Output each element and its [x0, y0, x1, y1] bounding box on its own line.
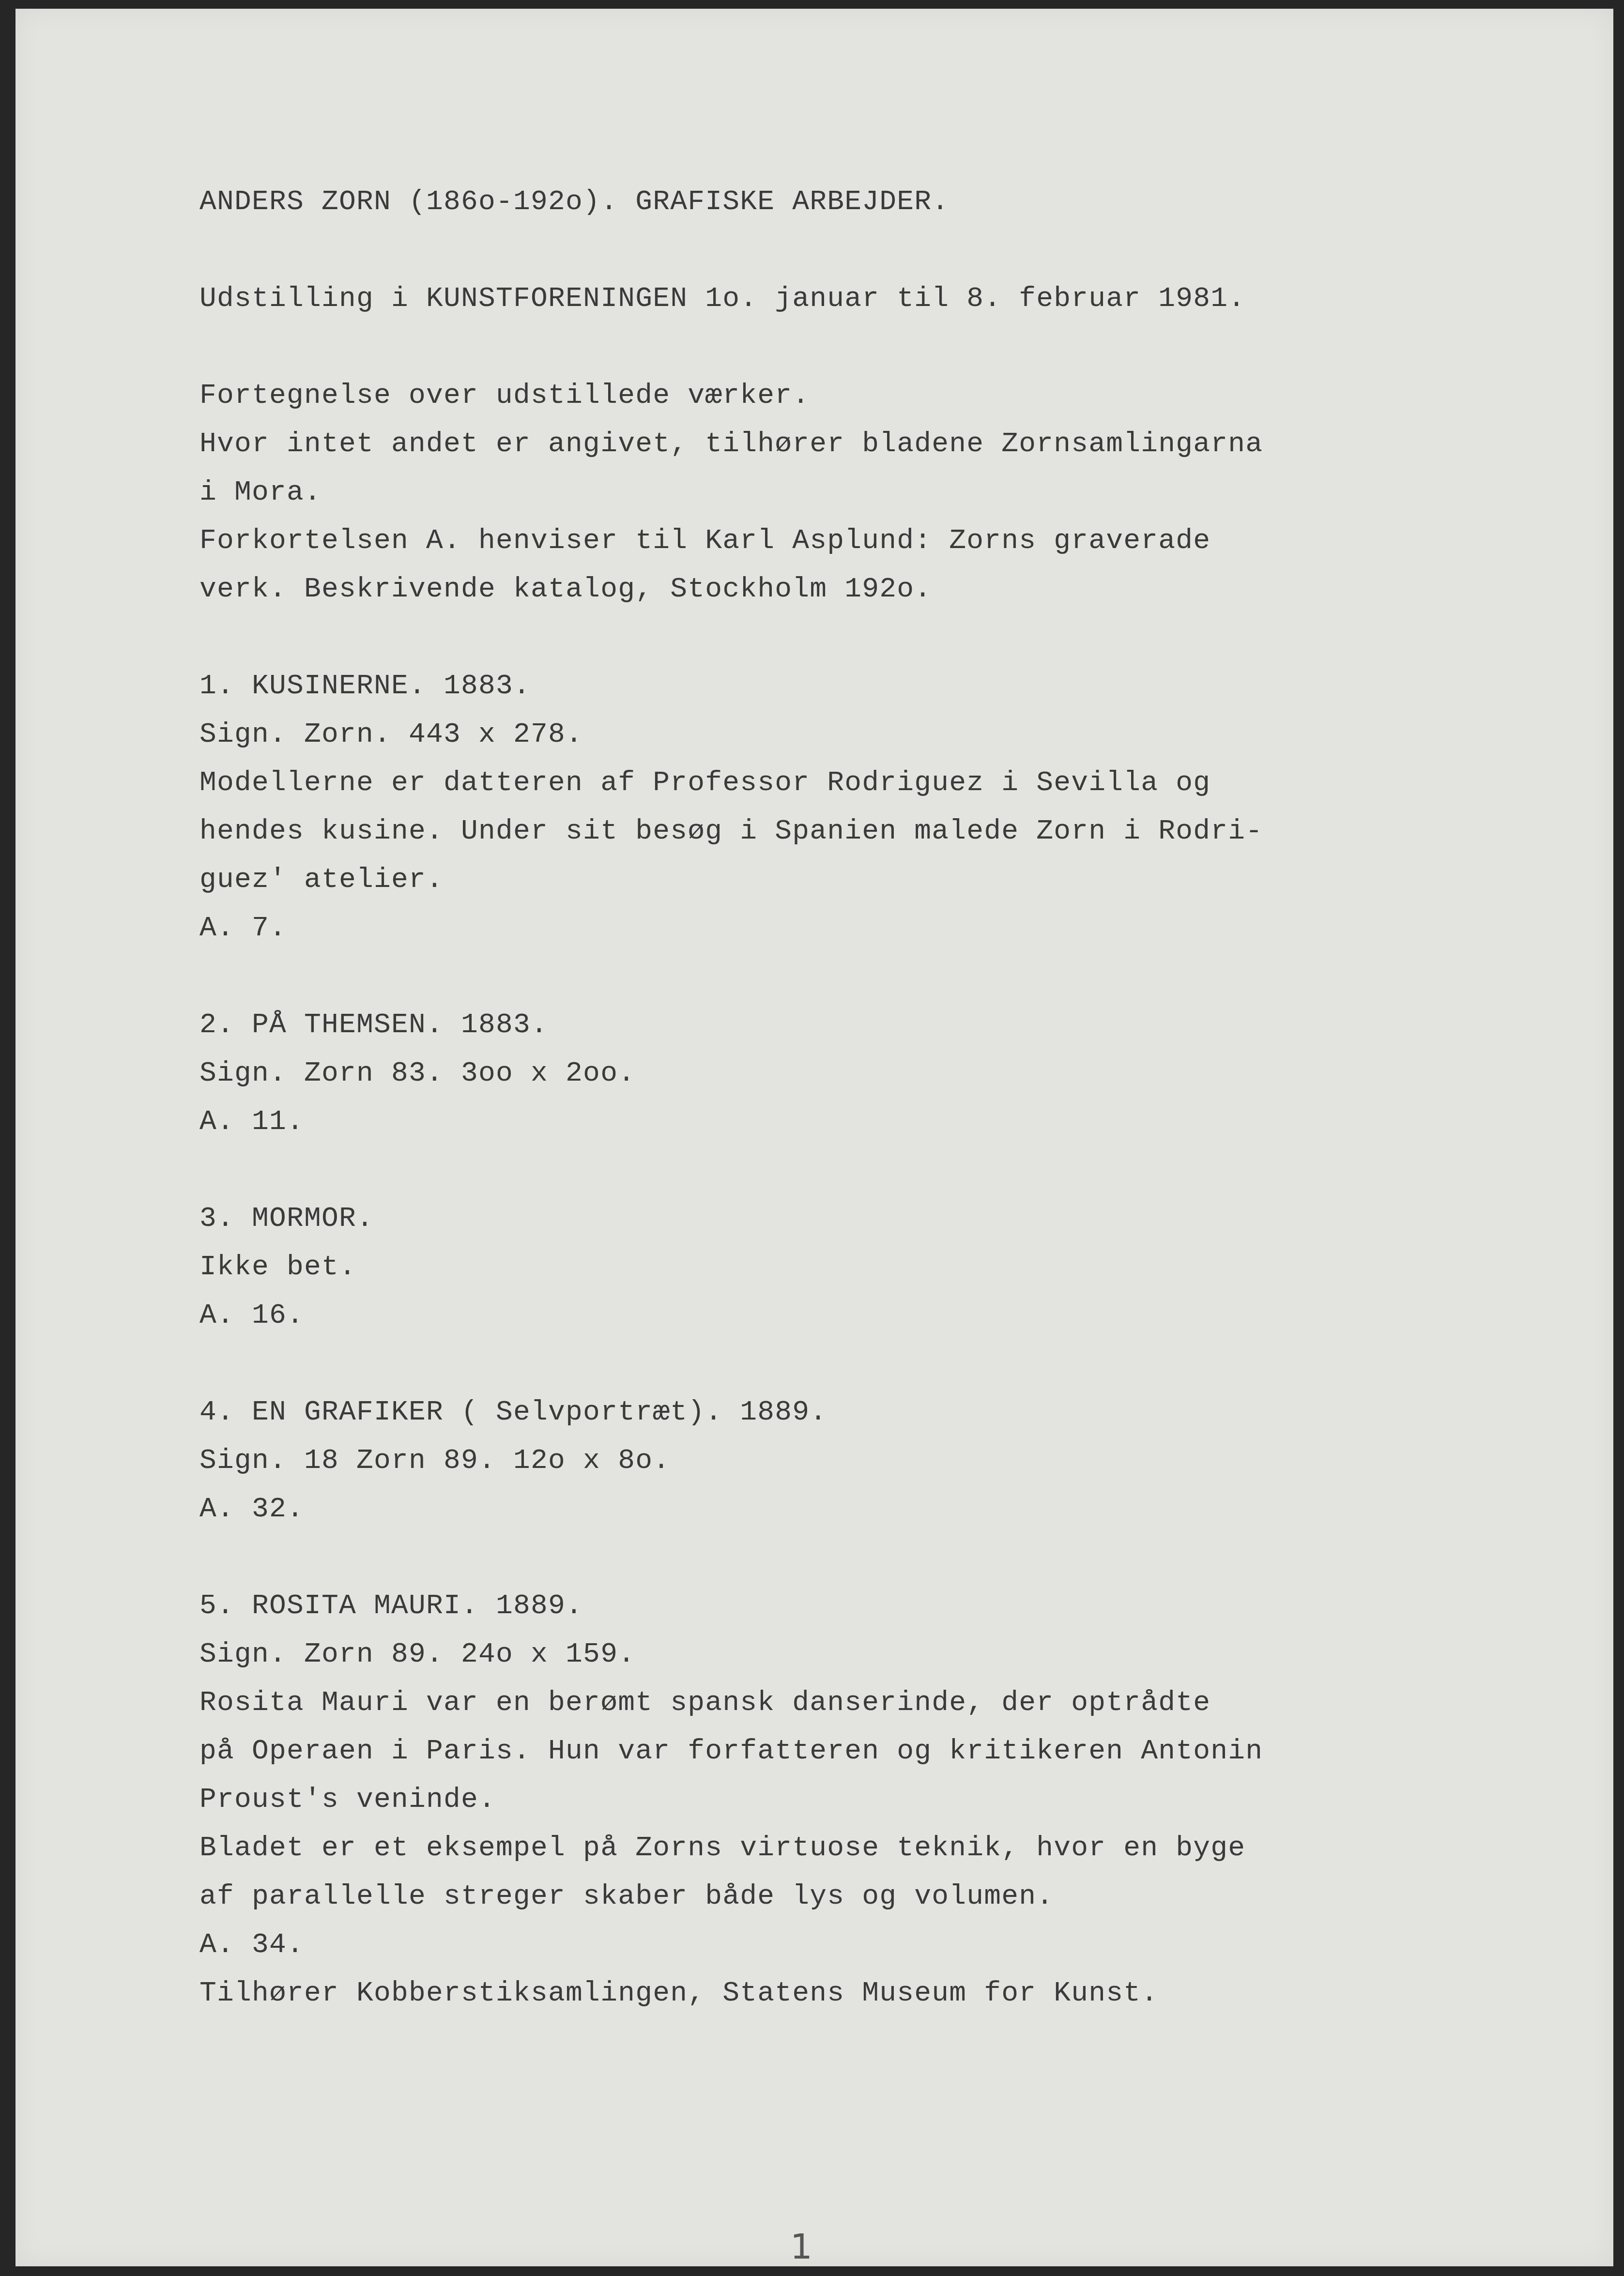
intro-line: Hvor intet andet er angivet, tilhører bl… — [199, 420, 1507, 469]
entry-line: Rosita Mauri var en berømt spansk danser… — [199, 1679, 1507, 1727]
entry-line: A. 16. — [199, 1292, 1507, 1340]
document-page: ANDERS ZORN (186o-192o). GRAFISKE ARBEJD… — [15, 9, 1613, 2266]
catalog-entry-2: 2. PÅ THEMSEN. 1883. Sign. Zorn 83. 3oo … — [199, 1001, 1507, 1146]
intro-line: Forkortelsen A. henviser til Karl Asplun… — [199, 517, 1507, 565]
catalog-entry-1: 1. KUSINERNE. 1883. Sign. Zorn. 443 x 27… — [199, 662, 1507, 953]
handwritten-page-number: 1 — [790, 2226, 812, 2267]
entry-heading: 2. PÅ THEMSEN. 1883. — [199, 1001, 1507, 1050]
catalog-entry-4: 4. EN GRAFIKER ( Selvportræt). 1889. Sig… — [199, 1389, 1507, 1534]
entry-line: Sign. 18 Zorn 89. 12o x 8o. — [199, 1437, 1507, 1485]
intro-line: i Mora. — [199, 469, 1507, 517]
typewritten-text: ANDERS ZORN (186o-192o). GRAFISKE ARBEJD… — [199, 178, 1507, 2018]
entry-heading: 5. ROSITA MAURI. 1889. — [199, 1582, 1507, 1631]
entry-heading: 1. KUSINERNE. 1883. — [199, 662, 1507, 711]
entry-line: A. 32. — [199, 1485, 1507, 1534]
entry-line: Modellerne er datteren af Professor Rodr… — [199, 759, 1507, 808]
entry-line: A. 7. — [199, 904, 1507, 953]
entry-line: Sign. Zorn. 443 x 278. — [199, 711, 1507, 759]
entry-line: af parallelle streger skaber både lys og… — [199, 1873, 1507, 1921]
entry-heading: 4. EN GRAFIKER ( Selvportræt). 1889. — [199, 1389, 1507, 1437]
exhibition-line: Udstilling i KUNSTFORENINGEN 1o. januar … — [199, 275, 1507, 323]
entry-line: Tilhører Kobberstiksamlingen, Statens Mu… — [199, 1970, 1507, 2018]
entry-line: Bladet er et eksempel på Zorns virtuose … — [199, 1824, 1507, 1873]
document-title: ANDERS ZORN (186o-192o). GRAFISKE ARBEJD… — [199, 178, 1507, 227]
entry-line: hendes kusine. Under sit besøg i Spanien… — [199, 808, 1507, 856]
entry-line: Ikke bet. — [199, 1243, 1507, 1292]
entry-line: Sign. Zorn 89. 24o x 159. — [199, 1631, 1507, 1679]
entry-line: guez' atelier. — [199, 856, 1507, 904]
entry-line: A. 34. — [199, 1921, 1507, 1970]
catalog-entry-5: 5. ROSITA MAURI. 1889. Sign. Zorn 89. 24… — [199, 1582, 1507, 2018]
entry-line: på Operaen i Paris. Hun var forfatteren … — [199, 1727, 1507, 1776]
intro-block: Fortegnelse over udstillede værker. Hvor… — [199, 372, 1507, 614]
intro-line: Fortegnelse over udstillede værker. — [199, 372, 1507, 420]
intro-line: verk. Beskrivende katalog, Stockholm 192… — [199, 565, 1507, 614]
entry-line: A. 11. — [199, 1098, 1507, 1146]
entry-line: Proust's veninde. — [199, 1776, 1507, 1824]
entry-line: Sign. Zorn 83. 3oo x 2oo. — [199, 1050, 1507, 1098]
catalog-entry-3: 3. MORMOR. Ikke bet. A. 16. — [199, 1195, 1507, 1340]
entry-heading: 3. MORMOR. — [199, 1195, 1507, 1243]
